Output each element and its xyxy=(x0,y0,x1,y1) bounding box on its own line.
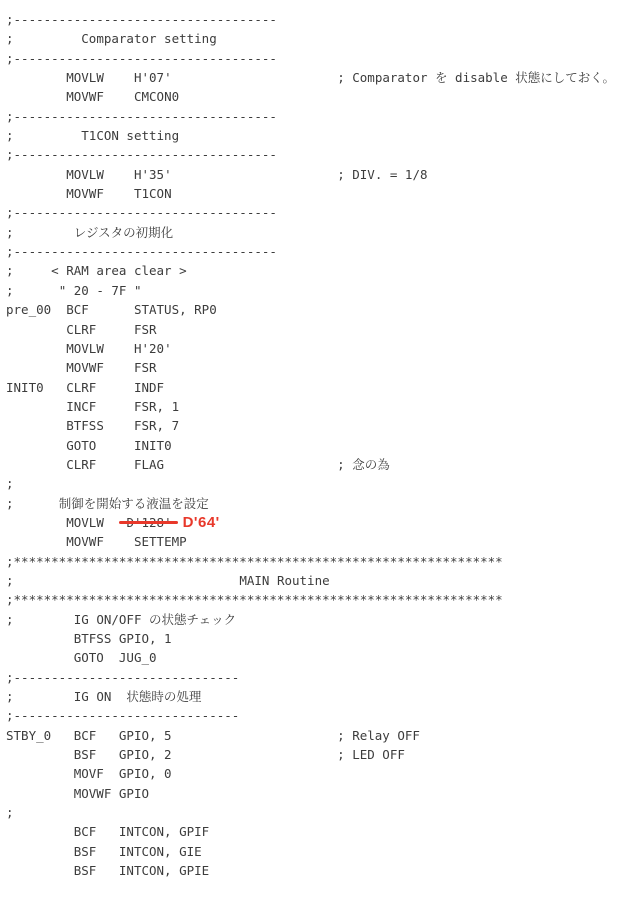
code-text: ;----------------------------------- xyxy=(6,147,277,162)
code-text: ; xyxy=(6,805,14,820)
code-text: FSR, 7 xyxy=(134,418,179,433)
code-line: STBY_0 BCF GPIO, 5 ; Relay OFF xyxy=(6,726,634,745)
code-text: ; xyxy=(6,128,14,143)
code-text: CMCON0 xyxy=(134,89,179,104)
code-text: 制御を開始する液温を設定 xyxy=(59,496,209,511)
code-line: ;----------------------------------- xyxy=(6,49,634,68)
assembly-listing: ;-----------------------------------; Co… xyxy=(6,10,634,880)
code-line: ; MAIN Routine xyxy=(6,571,634,590)
code-text: ;----------------------------------- xyxy=(6,12,277,27)
code-line: MOVLW H'07' ; Comparator を disable 状態にして… xyxy=(6,68,634,87)
code-text: GPIO, 5 xyxy=(119,728,172,743)
code-line: ; Comparator setting xyxy=(6,29,634,48)
code-text: FSR, 1 xyxy=(134,399,179,414)
code-text: BSF xyxy=(74,844,97,859)
code-text: FSR xyxy=(134,322,157,337)
code-line: BTFSS GPIO, 1 xyxy=(6,629,634,648)
code-text: FLAG xyxy=(134,457,164,472)
code-text: pre_00 xyxy=(6,302,51,317)
code-text: MOVWF xyxy=(66,534,104,549)
code-text: H'20' xyxy=(134,341,172,356)
code-text: MOVWF xyxy=(74,786,112,801)
code-text: STATUS, RP0 xyxy=(134,302,217,317)
correction-new-value: D'64' xyxy=(183,514,220,531)
code-text: BCF xyxy=(74,728,97,743)
code-line: ;----------------------------------- xyxy=(6,145,634,164)
code-text: INIT0 xyxy=(6,380,44,395)
code-text: SETTEMP xyxy=(134,534,187,549)
code-text: MOVF xyxy=(74,766,104,781)
code-line: ; xyxy=(6,803,634,822)
code-line: MOVWF GPIO xyxy=(6,784,634,803)
code-line: BCF INTCON, GPIF xyxy=(6,822,634,841)
code-line: MOVLW H'35' ; DIV. = 1/8 xyxy=(6,165,634,184)
code-line: ;----------------------------------- xyxy=(6,242,634,261)
code-line: ;----------------------------------- xyxy=(6,107,634,126)
strikethrough-old-value: D'128' xyxy=(126,513,171,532)
code-line: MOVLW D'128'D'64' xyxy=(6,513,634,532)
code-text: FSR xyxy=(134,360,157,375)
code-text: ; xyxy=(6,496,14,511)
code-text: CLRF xyxy=(66,322,96,337)
code-text: MOVLW xyxy=(66,70,104,85)
code-text: ; Relay OFF xyxy=(337,728,420,743)
code-text: GPIO, 1 xyxy=(119,631,172,646)
code-text: JUG_0 xyxy=(119,650,157,665)
code-text: MOVWF xyxy=(66,186,104,201)
code-text: Comparator setting xyxy=(81,31,216,46)
code-line: ; " 20 - 7F " xyxy=(6,281,634,300)
code-text: ; xyxy=(6,476,14,491)
code-text: INTCON, GPIE xyxy=(119,863,209,878)
code-text: ; 念の為 xyxy=(337,457,390,472)
code-text: INDF xyxy=(134,380,164,395)
code-line: ; IG ON 状態時の処理 xyxy=(6,687,634,706)
code-text: ;----------------------------------- xyxy=(6,51,277,66)
code-line: ; T1CON setting xyxy=(6,126,634,145)
code-line: ;------------------------------ xyxy=(6,706,634,725)
code-line: INCF FSR, 1 xyxy=(6,397,634,416)
code-text: BSF xyxy=(74,863,97,878)
code-text: ;----------------------------------- xyxy=(6,109,277,124)
code-text: ;------------------------------ xyxy=(6,670,239,685)
code-line: MOVLW H'20' xyxy=(6,339,634,358)
code-text: BCF xyxy=(74,824,97,839)
code-line: ;***************************************… xyxy=(6,590,634,609)
code-text: CLRF xyxy=(66,380,96,395)
code-line: ; < RAM area clear > xyxy=(6,261,634,280)
code-text: GPIO xyxy=(119,786,149,801)
code-line: ; xyxy=(6,474,634,493)
code-text: GOTO xyxy=(74,650,104,665)
code-line: ; 制御を開始する液温を設定 xyxy=(6,494,634,513)
code-text: ; xyxy=(6,31,14,46)
code-text: MOVLW xyxy=(66,515,104,530)
code-text: ;***************************************… xyxy=(6,554,503,569)
code-line: BSF INTCON, GIE xyxy=(6,842,634,861)
code-text: BSF xyxy=(74,747,97,762)
code-text: ; xyxy=(6,263,14,278)
code-text: INTCON, GIE xyxy=(119,844,202,859)
code-text: ; xyxy=(6,612,14,627)
code-line: MOVWF SETTEMP xyxy=(6,532,634,551)
code-text: MOVWF xyxy=(66,89,104,104)
code-text: ;***************************************… xyxy=(6,592,503,607)
code-text: INCF xyxy=(66,399,96,414)
code-text: GPIO, 0 xyxy=(119,766,172,781)
code-line: MOVWF CMCON0 xyxy=(6,87,634,106)
code-text: ; xyxy=(6,225,14,240)
code-text: BCF xyxy=(66,302,89,317)
code-text: IG ON/OFF の状態チェック xyxy=(74,612,236,627)
code-text: < RAM area clear > xyxy=(51,263,186,278)
code-text: ;------------------------------ xyxy=(6,708,239,723)
code-line: INIT0 CLRF INDF xyxy=(6,378,634,397)
code-text: MOVWF xyxy=(66,360,104,375)
code-line: BSF GPIO, 2 ; LED OFF xyxy=(6,745,634,764)
code-line: ;----------------------------------- xyxy=(6,203,634,222)
code-line: ; IG ON/OFF の状態チェック xyxy=(6,610,634,629)
code-text: MAIN Routine xyxy=(239,573,329,588)
code-text: ; Comparator を disable 状態にしておく。 xyxy=(337,70,615,85)
code-text: INTCON, GPIF xyxy=(119,824,209,839)
code-text: ; DIV. = 1/8 xyxy=(337,167,427,182)
code-text: INIT0 xyxy=(134,438,172,453)
code-line: pre_00 BCF STATUS, RP0 xyxy=(6,300,634,319)
code-text: " 20 - 7F " xyxy=(59,283,142,298)
code-line: ;----------------------------------- xyxy=(6,10,634,29)
code-line: ; レジスタの初期化 xyxy=(6,223,634,242)
code-text: STBY_0 xyxy=(6,728,51,743)
code-line: MOVF GPIO, 0 xyxy=(6,764,634,783)
code-text: レジスタの初期化 xyxy=(74,225,173,240)
code-text: CLRF xyxy=(66,457,96,472)
code-line: ;***************************************… xyxy=(6,552,634,571)
code-text: BTFSS xyxy=(74,631,112,646)
code-line: MOVWF T1CON xyxy=(6,184,634,203)
code-line: MOVWF FSR xyxy=(6,358,634,377)
code-text: BTFSS xyxy=(66,418,104,433)
code-text: ; xyxy=(6,689,14,704)
scanned-document-page: ;-----------------------------------; Co… xyxy=(0,0,636,900)
code-text: ;----------------------------------- xyxy=(6,205,277,220)
code-line: GOTO JUG_0 xyxy=(6,648,634,667)
code-text: ; xyxy=(6,573,14,588)
code-text: IG ON 状態時の処理 xyxy=(74,689,202,704)
code-line: CLRF FSR xyxy=(6,320,634,339)
code-text: H'07' xyxy=(134,70,172,85)
code-line: ;------------------------------ xyxy=(6,668,634,687)
code-line: BTFSS FSR, 7 xyxy=(6,416,634,435)
code-line: BSF INTCON, GPIE xyxy=(6,861,634,880)
code-text: ;----------------------------------- xyxy=(6,244,277,259)
code-text: ; xyxy=(6,283,14,298)
code-text: GPIO, 2 xyxy=(119,747,172,762)
code-text: MOVLW xyxy=(66,167,104,182)
code-text: T1CON xyxy=(134,186,172,201)
code-line: GOTO INIT0 xyxy=(6,436,634,455)
code-text: T1CON setting xyxy=(81,128,179,143)
code-text: MOVLW xyxy=(66,341,104,356)
code-line: CLRF FLAG ; 念の為 xyxy=(6,455,634,474)
code-text: GOTO xyxy=(66,438,96,453)
code-text: H'35' xyxy=(134,167,172,182)
code-text: ; LED OFF xyxy=(337,747,405,762)
